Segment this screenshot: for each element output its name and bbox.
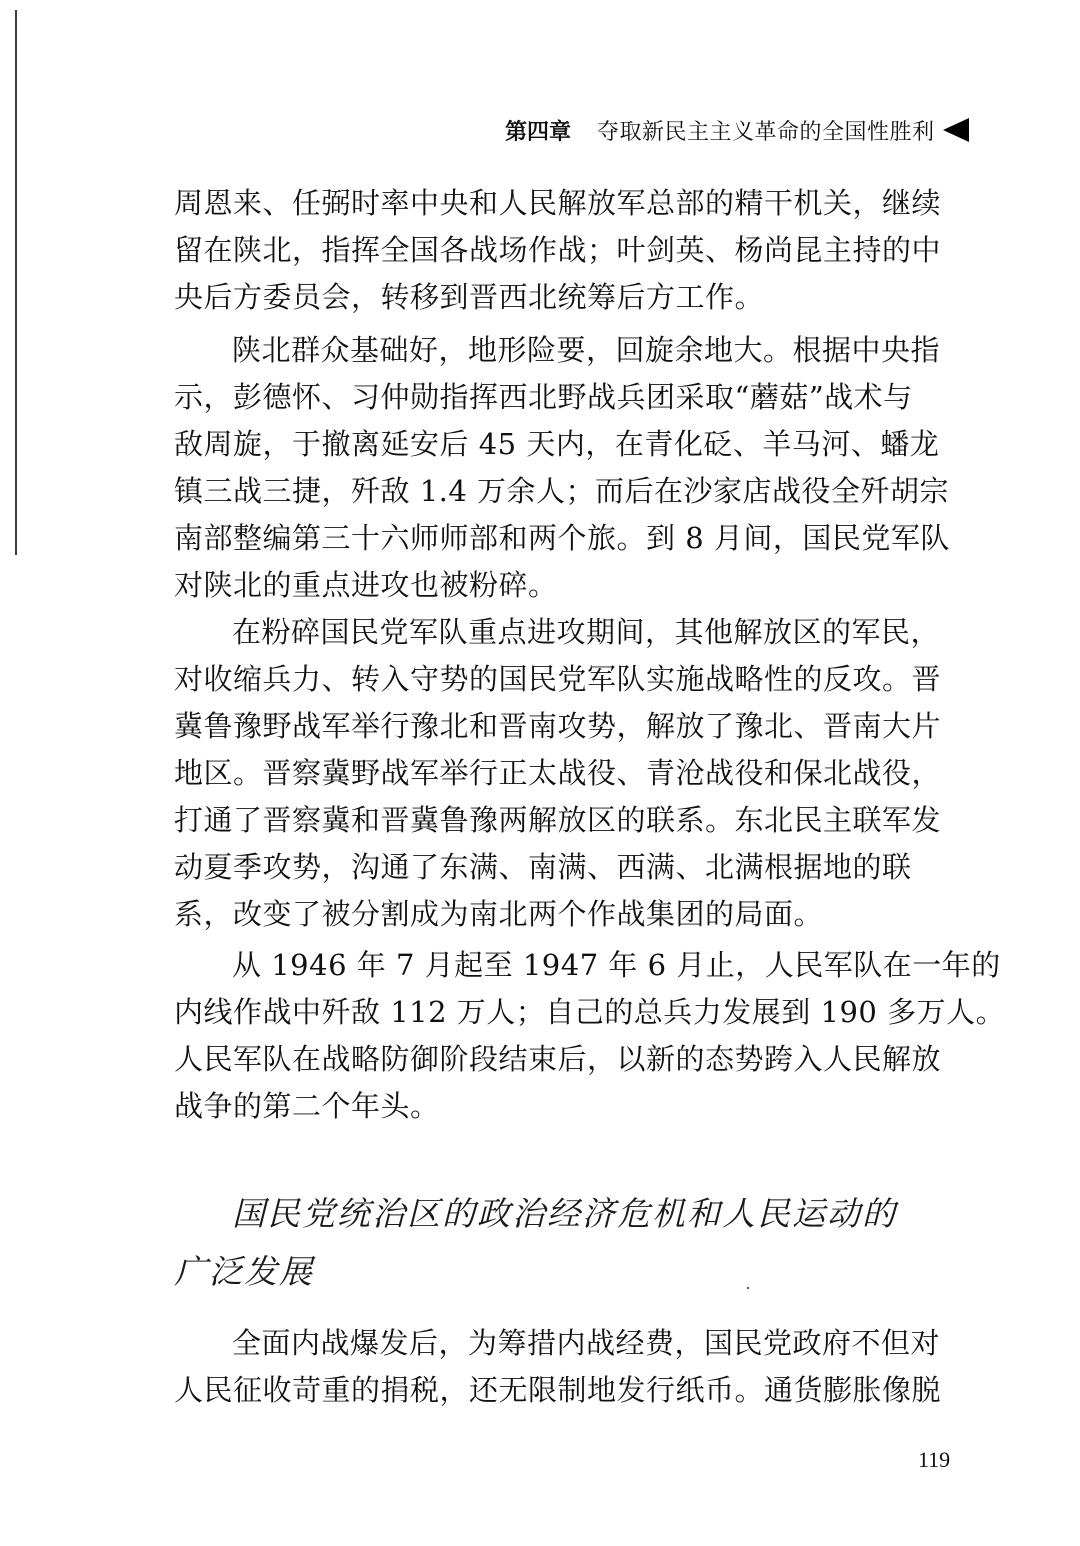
paragraph-3: 在粉碎国民党军队重点进攻期间，其他解放区的军民， 对收缩兵力、转入守势的国民党军… xyxy=(174,609,960,938)
heading-line: 广泛发展 xyxy=(174,1243,964,1301)
chapter-number: 第四章 xyxy=(505,115,571,146)
text-line: 周恩来、任弼时率中央和人民解放军总部的精干机关，继续 xyxy=(174,180,960,227)
text-line: 对收缩兵力、转入守势的国民党军队实施战略性的反攻。晋 xyxy=(174,656,960,703)
text-line: 打通了晋察冀和晋冀鲁豫两解放区的联系。东北民主联军发 xyxy=(174,797,960,844)
text-line: 陕北群众基础好，地形险要，回旋余地大。根据中央指 xyxy=(174,327,960,374)
text-line: 示，彭德怀、习仲勋指挥西北野战兵团采取“蘑菇”战术与 xyxy=(174,374,960,421)
text-line: 地区。晋察冀野战军举行正太战役、青沧战役和保北战役， xyxy=(174,750,960,797)
text-line: 敌周旋，于撤离延安后 45 天内，在青化砭、羊马河、蟠龙 xyxy=(174,421,960,468)
heading-line: 国民党统治区的政治经济危机和人民运动的 xyxy=(174,1185,964,1243)
text-line: 全面内战爆发后，为筹措内战经费，国民党政府不但对 xyxy=(174,1320,960,1367)
page-number: 119 xyxy=(918,1447,950,1473)
scan-speck xyxy=(747,1287,749,1289)
paragraph-2: 陕北群众基础好，地形险要，回旋余地大。根据中央指 示，彭德怀、习仲勋指挥西北野战… xyxy=(174,327,960,609)
text-line: 南部整编第三十六师师部和两个旅。到 8 月间，国民党军队 xyxy=(174,515,960,562)
text-line: 对陕北的重点进攻也被粉碎。 xyxy=(174,562,960,609)
text-line: 镇三战三捷，歼敌 1.4 万余人；而后在沙家店战役全歼胡宗 xyxy=(174,468,960,515)
text-line: 内线作战中歼敌 112 万人；自己的总兵力发展到 190 多万人。 xyxy=(174,989,960,1036)
section-paragraph: 全面内战爆发后，为筹措内战经费，国民党政府不但对 人民征收苛重的捐税，还无限制地… xyxy=(174,1320,960,1414)
text-line: 战争的第二个年头。 xyxy=(174,1083,960,1130)
text-line: 人民征收苛重的捐税，还无限制地发行纸币。通货膨胀像脱 xyxy=(174,1367,960,1414)
running-header: 第四章 夺取新民主主义革命的全国性胜利 xyxy=(505,112,995,148)
text-line: 留在陕北，指挥全国各战场作战；叶剑英、杨尚昆主持的中 xyxy=(174,227,960,274)
paragraph-4: 从 1946 年 7 月起至 1947 年 6 月止，人民军队在一年的 内线作战… xyxy=(174,942,960,1130)
text-line: 冀鲁豫野战军举行豫北和晋南攻势，解放了豫北、晋南大片 xyxy=(174,703,960,750)
section-heading: 国民党统治区的政治经济危机和人民运动的 广泛发展 xyxy=(174,1185,964,1301)
left-triangle-icon xyxy=(943,118,969,142)
paragraph-1: 周恩来、任弼时率中央和人民解放军总部的精干机关，继续 留在陕北，指挥全国各战场作… xyxy=(174,180,960,321)
text-line: 系，改变了被分割成为南北两个作战集团的局面。 xyxy=(174,891,960,938)
text-line: 从 1946 年 7 月起至 1947 年 6 月止，人民军队在一年的 xyxy=(174,942,960,989)
text-line: 人民军队在战略防御阶段结束后，以新的态势跨入人民解放 xyxy=(174,1036,960,1083)
scan-edge-line xyxy=(15,10,17,555)
text-line: 在粉碎国民党军队重点进攻期间，其他解放区的军民， xyxy=(174,609,960,656)
chapter-title: 夺取新民主主义革命的全国性胜利 xyxy=(597,115,935,146)
text-line: 央后方委员会，转移到晋西北统筹后方工作。 xyxy=(174,274,960,321)
text-line: 动夏季攻势，沟通了东满、南满、西满、北满根据地的联 xyxy=(174,844,960,891)
